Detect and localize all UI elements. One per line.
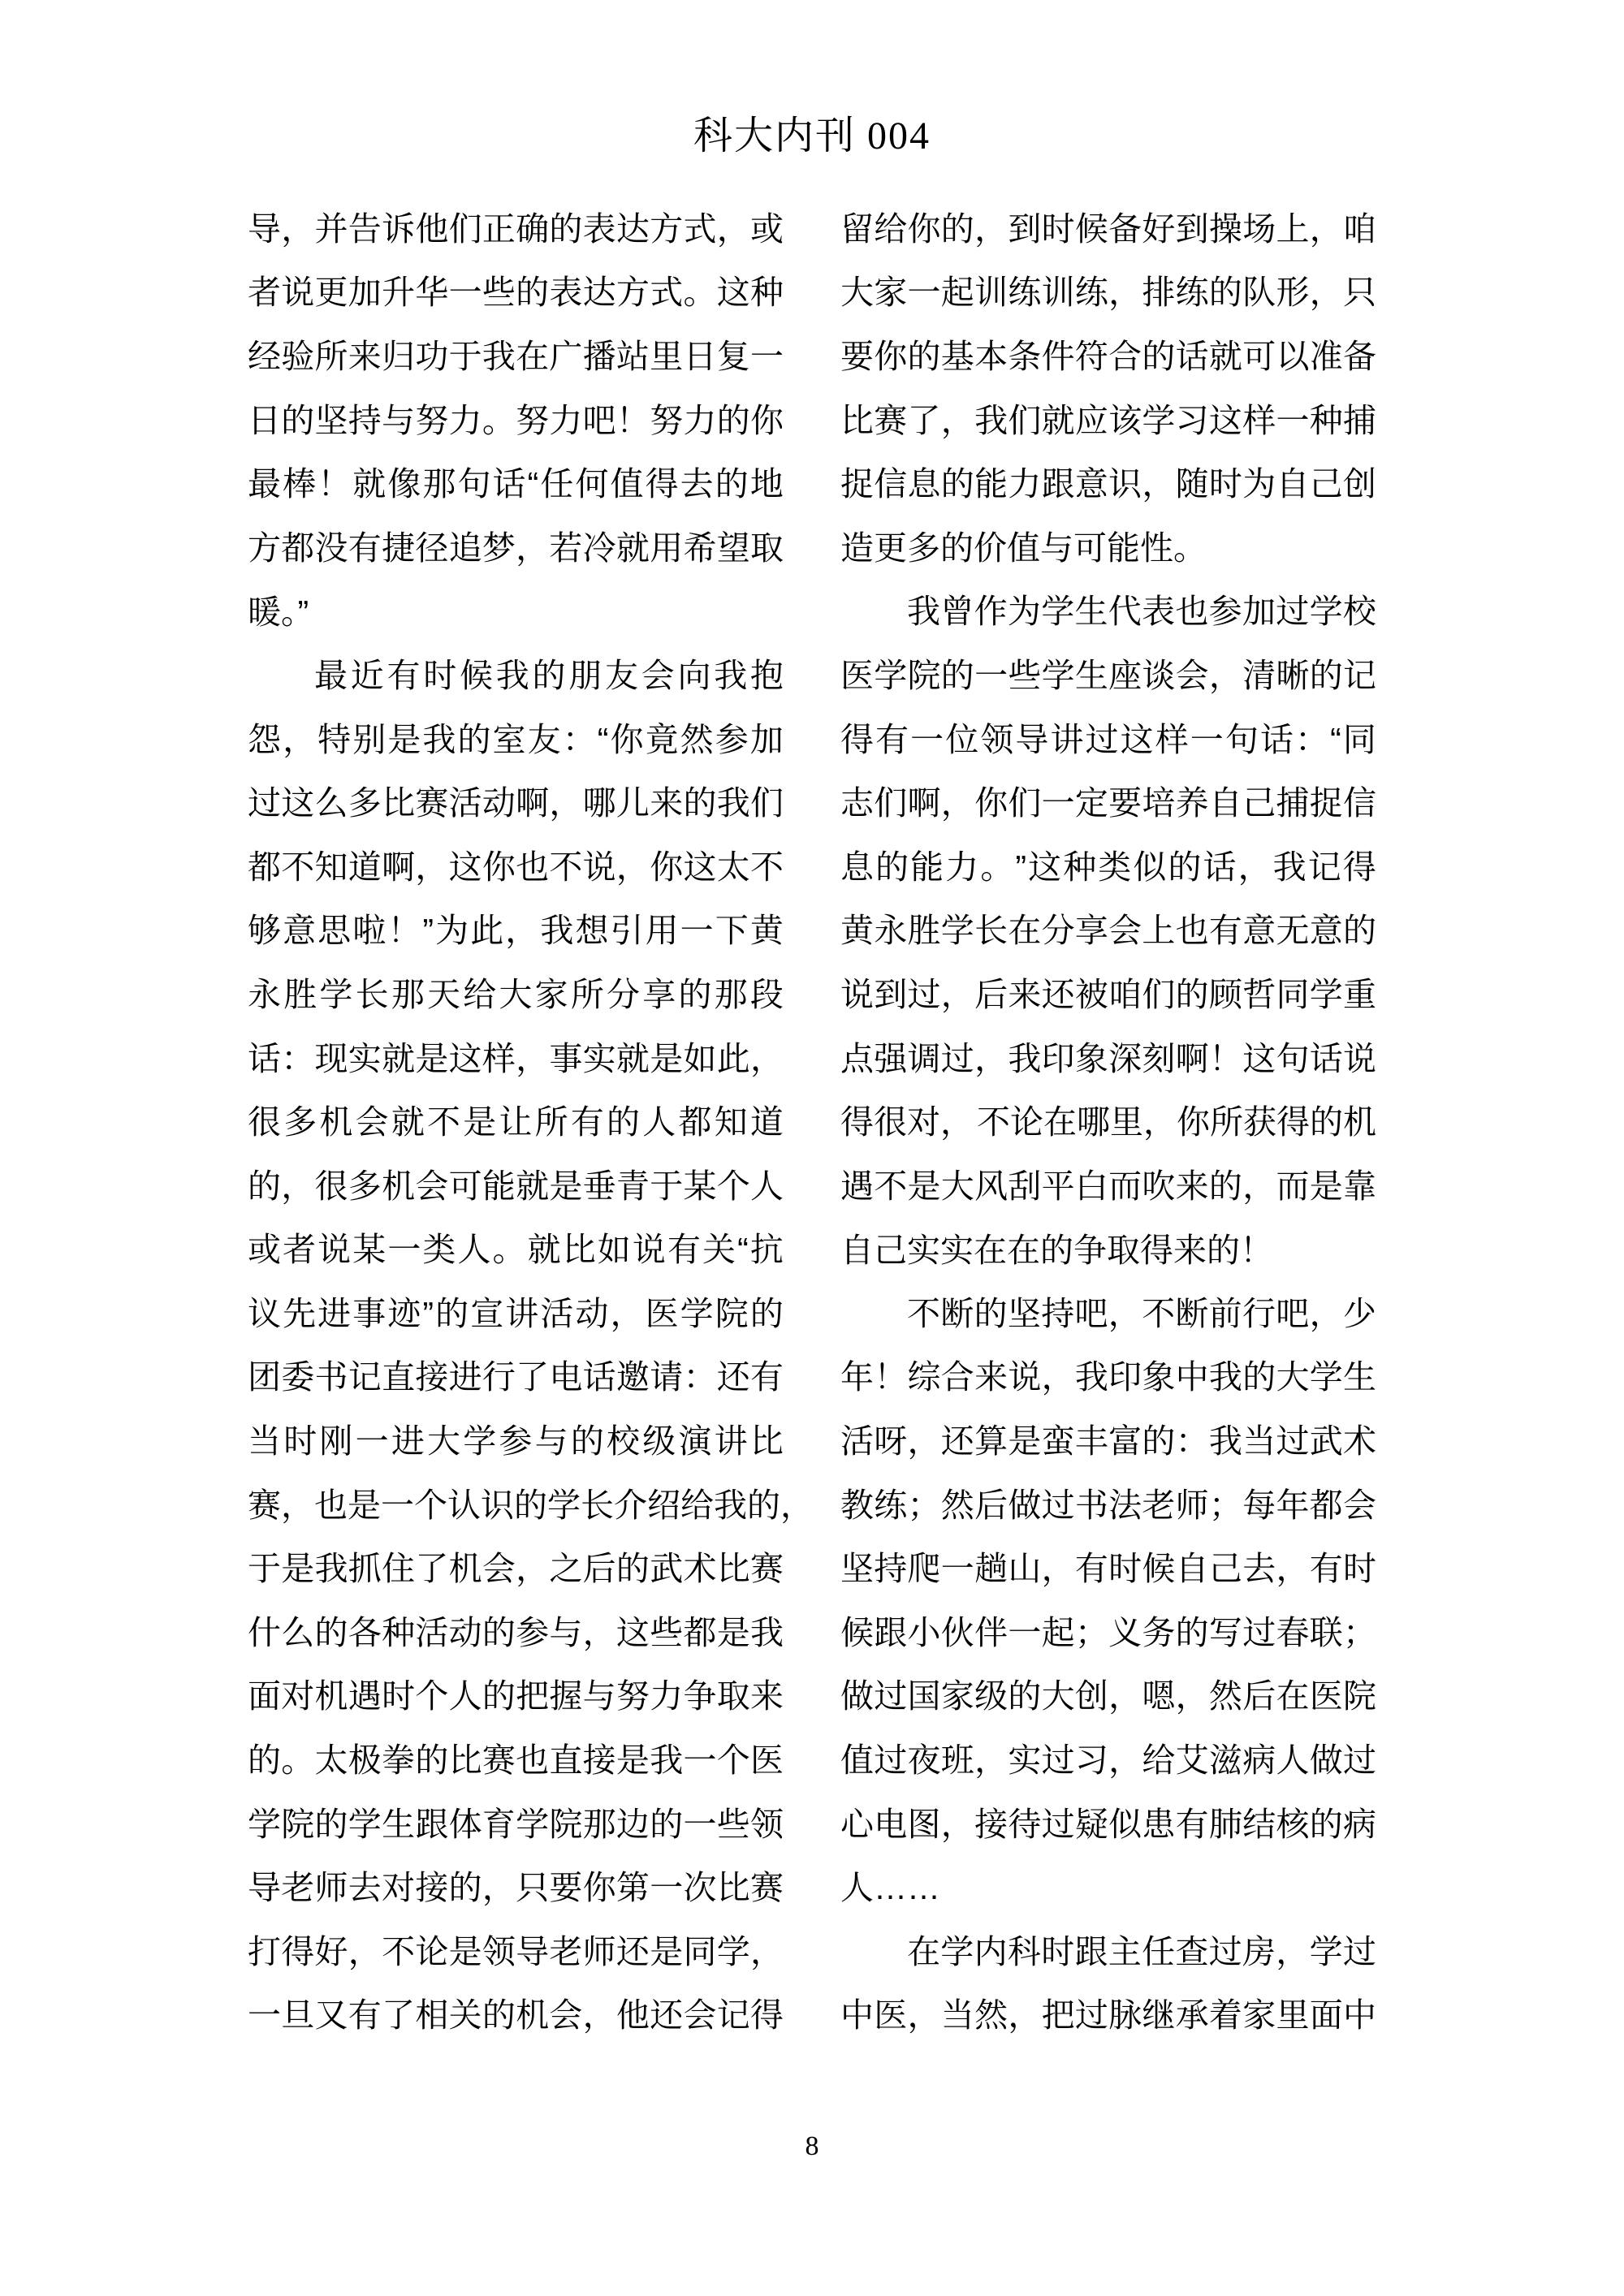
glyph: 只 [516,1871,549,1905]
glyph: 象 [1142,1361,1175,1394]
glyph: 过 [1042,1489,1075,1522]
glyph: 。 [281,1744,314,1777]
glyph: 也 [516,1744,549,1777]
text-line: 过这么多比赛活动啊，哪儿来的我们 [248,771,784,835]
glyph: 握 [549,1680,582,1713]
glyph: 是 [415,1042,448,1076]
glyph: 场 [1242,213,1276,246]
glyph: 是 [463,1106,496,1139]
glyph: 种 [1063,851,1096,884]
glyph: 很 [248,1106,281,1139]
glyph: 加 [1242,595,1276,628]
glyph: 知 [715,1106,748,1139]
glyph: 啊 [516,787,549,820]
glyph: 值 [611,468,644,501]
glyph: 前 [1209,1297,1242,1331]
glyph: 后 [1242,1680,1276,1713]
glyph: 努 [516,404,549,438]
glyph: 活 [540,1297,573,1331]
glyph: 机 [1343,1106,1376,1139]
glyph: 作 [974,595,1008,628]
glyph: 赛 [482,1744,516,1777]
glyph: 的 [1209,1170,1242,1203]
glyph: ， [1008,1999,1041,2032]
glyph: 时 [382,1680,415,1713]
glyph: 表 [549,276,582,309]
glyph: 太 [315,1744,348,1777]
glyph: 者 [283,1233,316,1267]
glyph: 很 [315,1170,348,1203]
glyph: ， [1108,1744,1142,1777]
glyph: 的 [1142,1425,1175,1458]
text-column-right: 留给你的，到时候备好到操场上，咱大家一起训练训练，排练的队形，只要你的基本条件符… [840,197,1376,2048]
glyph: 邀 [616,1361,650,1394]
glyph: 记 [1308,851,1341,884]
text-line: 比赛了，我们就应该学习这样一种捕 [840,389,1376,453]
glyph: 的 [248,1170,281,1203]
glyph: 还 [941,1425,974,1458]
glyph: 的 [482,1999,516,2032]
glyph: 说 [1343,1042,1376,1076]
text-line: 日的坚持与努力。努力吧！努力的你 [248,389,784,453]
text-line: 都不知道啊，这你也不说，你这太不 [248,835,784,900]
glyph: 的 [1176,978,1209,1012]
glyph: 时 [1041,1936,1074,1969]
glyph: 刻 [1142,1042,1175,1076]
glyph: 的 [514,1489,547,1522]
glyph: 与 [382,404,415,438]
glyph: 是 [650,1042,683,1076]
glyph: 术 [683,1552,716,1586]
glyph: 学 [348,1808,382,1841]
glyph: 竟 [646,723,679,757]
glyph: 我 [1209,1361,1242,1394]
glyph: 与 [549,1616,582,1650]
glyph: 太 [717,851,750,884]
glyph: 给 [463,978,496,1012]
glyph: 实 [1008,1744,1041,1777]
glyph: 不 [750,851,784,884]
glyph: 机 [319,1106,352,1139]
glyph: 深 [1108,1042,1142,1076]
text-line: 或者说某一类人。就比如说有关“抗 [248,1219,784,1283]
glyph: 老 [281,1871,314,1905]
glyph: 的 [315,1808,348,1841]
glyph: 定 [1075,787,1108,820]
glyph: 道 [348,851,382,884]
glyph: 院 [715,1297,749,1331]
glyph: 你 [1177,1106,1210,1139]
glyph: 的 [941,659,974,693]
glyph: 山 [1008,1552,1041,1586]
glyph: 嗯 [1142,1680,1175,1713]
glyph: 的 [1242,1361,1276,1394]
glyph: ， [1310,276,1343,309]
glyph: 也 [1176,914,1209,947]
glyph: 有 [667,1233,701,1267]
text-line: 导老师去对接的，只要你第一次比赛 [248,1856,784,1920]
glyph: 本 [974,340,1008,373]
glyph: 的 [1310,1808,1343,1841]
glyph: 够 [248,914,281,947]
glyph: 多 [348,787,382,820]
glyph: 力 [549,404,582,438]
glyph: 样 [1155,723,1189,757]
glyph: 起 [1042,1616,1075,1650]
glyph: ； [908,1489,941,1522]
glyph: 小 [908,1616,941,1650]
glyph: 过 [874,1744,907,1777]
glyph: 一 [356,1425,389,1458]
glyph: 加 [750,723,784,757]
glyph: 归 [382,340,415,373]
glyph: 复 [717,340,750,373]
glyph: 会 [1343,1489,1376,1522]
glyph: 你 [974,787,1008,820]
glyph: 了 [908,404,941,438]
glyph: 事 [549,1042,582,1076]
glyph: 方 [248,532,281,565]
glyph: ； [1343,1616,1376,1650]
glyph: 站 [616,340,650,373]
glyph: 的 [941,213,974,246]
glyph: 患 [1142,1808,1175,1841]
glyph: 谈 [1142,659,1175,693]
glyph: 应 [1075,404,1108,438]
glyph: 学 [547,1489,581,1522]
glyph: 于 [449,340,482,373]
glyph: 请 [650,1361,683,1394]
glyph: 的 [516,276,549,309]
glyph: ： [683,1361,716,1394]
text-line: 经验所来归功于我在广播站里日复一 [248,325,784,389]
glyph: 富 [1108,1425,1142,1458]
glyph: 得 [840,723,874,757]
glyph: 句 [457,468,490,501]
glyph: 不 [549,851,582,884]
text-line: 学院的学生跟体育学院那边的一些领 [248,1793,784,1857]
glyph: 的 [1343,914,1376,947]
glyph: 实 [583,1042,616,1076]
glyph: 练 [1008,276,1041,309]
glyph: ， [1142,468,1175,501]
glyph: 遇 [348,1680,382,1713]
glyph: 于 [650,1170,683,1203]
glyph: 人 [1276,1744,1309,1777]
glyph: 领 [482,1936,516,1969]
glyph: 不 [1142,1297,1175,1331]
glyph: ； [1209,1489,1242,1522]
glyph: ， [974,213,1008,246]
glyph: 有 [348,532,382,565]
glyph: 用 [650,532,683,565]
glyph: 讲 [1050,723,1083,757]
glyph: 为 [1242,468,1276,501]
glyph: 话 [1260,723,1294,757]
glyph: 给 [1142,1744,1175,1777]
glyph: 医 [750,1744,784,1777]
glyph: ， [941,787,974,820]
glyph: 长 [581,1489,614,1522]
glyph: 可 [1242,340,1276,373]
text-line: 者说更加升华一些的表达方式。这种 [248,261,784,326]
glyph: 啊 [1176,1042,1209,1076]
glyph: 此 [717,1042,750,1076]
glyph: 领 [750,1808,784,1841]
glyph: 还 [616,1936,650,1969]
glyph: 可 [449,1170,482,1203]
glyph: 机 [315,1680,348,1713]
text-line: 年！综合来说，我印象中我的大学生 [840,1346,1376,1410]
glyph: 习 [1075,1744,1108,1777]
text-line: 永胜学长那天给大家所分享的那段 [248,963,784,1027]
glyph: 一 [1276,404,1309,438]
text-line: 值过夜班，实过习，给艾滋病人做过 [840,1728,1376,1793]
glyph: 迹 [387,1297,421,1331]
glyph: 有 [387,659,421,693]
glyph: 多 [348,1170,382,1203]
glyph: ， [717,213,750,246]
glyph: 就 [1209,340,1242,373]
glyph: 务 [1142,1616,1175,1650]
glyph: 希 [683,532,716,565]
glyph: 信 [1343,787,1376,820]
text-line: 话：现实就是这样，事实就是如此， [248,1027,784,1091]
text-line: 中医，当然，把过脉继承着家里面中 [840,1984,1376,2048]
glyph: 要 [1108,787,1142,820]
glyph: 就 [382,1042,415,1076]
glyph: 天 [427,978,460,1012]
glyph: 学 [1042,659,1075,693]
text-line: 留给你的，到时候备好到操场上，咱 [840,197,1376,261]
glyph: 这 [616,1616,650,1650]
glyph: 那 [583,1808,616,1841]
glyph: 论 [415,1936,448,1969]
glyph: 而 [1276,1170,1309,1203]
glyph: 的 [1310,659,1343,693]
text-line: 教练；然后做过书法老师；每年都会 [840,1474,1376,1538]
glyph: 人 [449,1680,482,1713]
glyph: 。 [482,404,516,438]
glyph: 结 [1242,1808,1276,1841]
glyph: ， [1238,851,1272,884]
glyph: 是 [348,1489,381,1522]
glyph: 升 [382,276,415,309]
glyph: 要 [549,1871,582,1905]
glyph: ， [482,1871,516,1905]
glyph: 什 [248,1616,281,1650]
glyph: 行 [1242,1297,1276,1331]
glyph: 曾 [940,595,974,628]
text-line: 活呀，还算是蛮丰富的：我当过武术 [840,1409,1376,1474]
glyph: 进 [449,1361,482,1394]
glyph: 的 [1008,1680,1041,1713]
glyph: 哪 [583,787,616,820]
glyph: 多 [283,1106,317,1139]
glyph: ， [908,1999,941,2032]
glyph: 导 [1015,723,1048,757]
glyph: 人 [457,1233,490,1267]
text-line: 医学院的一些学生座谈会，清晰的记 [840,644,1376,708]
glyph: 面 [1310,1999,1343,2032]
glyph: 就 [352,468,386,501]
glyph: 条 [1008,340,1041,373]
glyph: 里 [1276,1999,1309,2032]
glyph: 去 [680,468,714,501]
glyph: 种 [750,276,784,309]
glyph: 肺 [1209,1808,1242,1841]
glyph: 段 [750,978,784,1012]
glyph: 后 [583,1552,616,1586]
glyph: 值 [840,1744,874,1777]
glyph: 对 [281,1680,314,1713]
glyph: 参 [516,1616,549,1650]
glyph: 为 [1008,595,1041,628]
glyph: 青 [616,1170,650,1203]
glyph: 家 [1242,1999,1276,2032]
glyph: 些 [1008,659,1041,693]
glyph: 去 [348,1871,382,1905]
glyph: 的 [717,404,750,438]
glyph: 位 [945,723,978,757]
glyph: 过 [941,1042,974,1076]
glyph: 话 [583,1361,616,1394]
glyph: 自 [1209,787,1242,820]
glyph: 某 [352,1233,386,1267]
glyph: 时 [1209,468,1242,501]
glyph: 候 [1075,213,1108,246]
glyph: 近 [351,659,384,693]
glyph: ， [1108,1297,1142,1331]
glyph: 也 [516,851,549,884]
glyph: 家 [874,276,907,309]
glyph: 取 [750,532,784,565]
glyph: 参 [499,1425,532,1458]
glyph: 永 [874,914,907,947]
glyph: 捉 [840,468,874,501]
glyph: 件 [1042,340,1075,373]
glyph: 引 [611,914,644,947]
glyph: 胜 [283,978,317,1012]
glyph: 做 [1310,1744,1343,1777]
glyph: 同 [1343,723,1376,757]
glyph: 咱 [1343,213,1376,246]
glyph: 第 [616,1871,650,1905]
glyph: 播 [583,340,616,373]
glyph: 时 [1042,213,1075,246]
glyph: 吧 [583,404,616,438]
glyph: 你 [908,213,941,246]
glyph: 就 [616,1042,650,1076]
glyph: 每 [1242,1489,1276,1522]
glyph: ！ [616,404,650,438]
glyph: 黄 [840,914,874,947]
glyph: 学 [941,914,974,947]
glyph: 形 [1276,276,1309,309]
glyph: 心 [840,1808,874,1841]
glyph: 关 [449,1999,482,2032]
glyph: 更 [315,276,348,309]
glyph: 。 [980,851,1013,884]
glyph: 接 [583,1744,616,1777]
glyph: 进 [317,1297,351,1331]
glyph: 我 [1209,1425,1242,1458]
glyph: 实 [348,1042,382,1076]
glyph: 书 [1075,1489,1108,1522]
glyph: 讲 [715,1425,748,1458]
glyph: 师 [1176,1489,1209,1522]
glyph: 大 [941,1170,974,1203]
glyph: 一 [650,1871,683,1905]
glyph: 啊 [382,851,415,884]
glyph: 医 [874,1999,907,2032]
glyph: 的 [248,1744,281,1777]
glyph: 句 [1225,723,1259,757]
glyph: 会 [641,659,675,693]
text-line: 不断的坚持吧，不断前行吧，少 [840,1282,1376,1346]
glyph: 有 [1075,1552,1108,1586]
glyph: 然 [1209,1680,1242,1713]
text-column-left: 导，并告诉他们正确的表达方式，或者说更加升华一些的表达方式。这种经验所来归功于我… [248,197,784,2048]
glyph: 最 [314,659,348,693]
glyph: 蛮 [1042,1425,1075,1458]
glyph: 如 [598,1233,631,1267]
glyph: 会 [415,1170,448,1203]
glyph: 生 [382,1808,415,1841]
glyph: 的 [449,1871,482,1905]
glyph: 把 [1042,1999,1075,2032]
glyph: 你 [650,851,683,884]
glyph: 特 [317,723,351,757]
text-line: 最近有时候我的朋友会向我抱 [248,644,784,708]
glyph: 都 [281,532,314,565]
glyph: 主 [1108,1936,1142,1969]
glyph: 我 [974,404,1008,438]
glyph: 在 [1276,1680,1309,1713]
glyph: 都 [683,1616,716,1650]
glyph: 有 [1176,1808,1209,1841]
glyph: 任 [540,468,573,501]
glyph: 一 [387,1233,421,1267]
glyph: 操 [1209,213,1242,246]
glyph: 得 [281,1936,314,1969]
glyph: 些 [717,1808,750,1841]
glyph: 住 [382,1552,415,1586]
glyph: 得 [840,1106,874,1139]
glyph: 了 [415,1552,448,1586]
glyph: 我 [496,659,529,693]
glyph: 加 [348,276,382,309]
glyph: 重 [1343,978,1376,1012]
glyph: 学 [248,1808,281,1841]
glyph: 己 [1242,787,1276,820]
glyph: 的 [533,659,566,693]
glyph: 教 [840,1489,874,1522]
glyph: 我 [717,787,750,820]
glyph: 后 [974,1489,1008,1522]
glyph: 法 [1108,1489,1142,1522]
text-line: 很多机会就不是让所有的人都知道 [248,1090,784,1154]
glyph: 接 [974,1808,1008,1841]
glyph: 学 [1142,404,1175,438]
glyph: 年 [840,1361,874,1394]
text-line: 我曾作为学生代表也参加过学校 [840,580,1376,645]
glyph: 室 [493,723,526,757]
glyph: 来 [1176,1170,1209,1203]
glyph: ， [281,1170,314,1203]
glyph: 达 [583,276,616,309]
glyph: 刚 [319,1425,352,1458]
